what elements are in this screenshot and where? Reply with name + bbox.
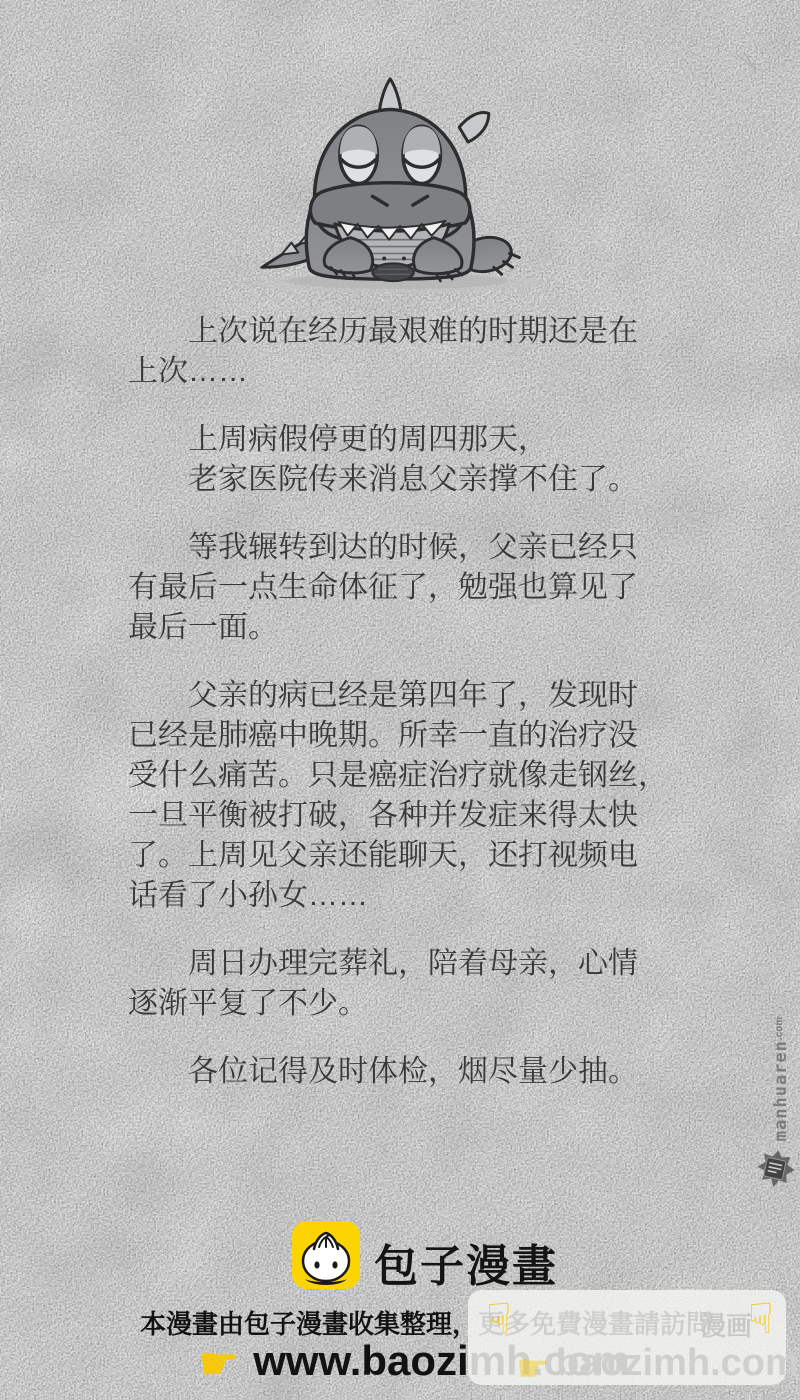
text-line: 最后一面。 xyxy=(128,608,688,648)
paragraph: 等我辗转到达的时候，父亲已经只 有最后一点生命体征了，勉强也算见了 最后一面。 xyxy=(128,528,688,648)
text-line: 各位记得及时体检，烟尽量少抽。 xyxy=(128,1052,688,1092)
paragraph: 上周病假停更的周四那天， 老家医院传来消息父亲撑不住了。 xyxy=(128,420,688,500)
ghost-watermark-text: 漫画 xyxy=(700,1306,752,1343)
manhuaren-logo-icon xyxy=(754,1146,794,1192)
brand-title: 包子漫畫 xyxy=(374,1230,558,1294)
text-line: 话看了小孙女…… xyxy=(128,876,688,916)
pointing-down-icon: ☟ xyxy=(748,1298,774,1340)
sleeping-dino-illustration xyxy=(252,64,548,296)
pointing-down-icon: ☟ xyxy=(486,1298,512,1340)
text-line: 有最后一点生命体征了，勉强也算见了 xyxy=(128,568,688,608)
text-line: 周日办理完葬礼，陪着母亲，心情 xyxy=(128,944,688,984)
text-line: 逐渐平复了不少。 xyxy=(128,984,688,1024)
text-line: 了。上周见父亲还能聊天，还打视频电 xyxy=(128,836,688,876)
paragraph: 上次说在经历最艰难的时期还是在 上次…… xyxy=(128,312,688,392)
watermark-site-text: manhuaren xyxy=(771,1040,791,1141)
text-line: 受什么痛苦。只是癌症治疗就像走钢丝， xyxy=(128,756,688,796)
baozi-bun-icon xyxy=(292,1221,360,1289)
ghost-pointing-right-icon: ☛ xyxy=(516,1346,550,1391)
ghost-watermark-url: baozimh.com xyxy=(556,1342,799,1385)
text-line: 老家医院传来消息父亲撑不住了。 xyxy=(128,460,688,500)
text-line: 等我辗转到达的时候，父亲已经只 xyxy=(128,528,688,568)
manhuaren-watermark: manhuaren.com xyxy=(771,997,793,1161)
text-line: 一旦平衡被打破，各种并发症来得太快 xyxy=(128,796,688,836)
text-line: 父亲的病已经是第四年了，发现时 xyxy=(128,676,688,716)
comic-page: 上次说在经历最艰难的时期还是在 上次…… 上周病假停更的周四那天， 老家医院传来… xyxy=(0,0,800,1400)
text-line: 上次说在经历最艰难的时期还是在 xyxy=(128,312,688,352)
text-line: 上次…… xyxy=(128,352,688,392)
watermark-tld-text: .com xyxy=(774,1017,785,1040)
text-line: 上周病假停更的周四那天， xyxy=(128,420,688,460)
text-line: 已经是肺癌中晚期。所幸一直的治疗没 xyxy=(128,716,688,756)
paragraph: 各位记得及时体检，烟尽量少抽。 xyxy=(128,1052,688,1092)
paragraph: 父亲的病已经是第四年了，发现时 已经是肺癌中晚期。所幸一直的治疗没 受什么痛苦。… xyxy=(128,676,688,916)
author-note: 上次说在经历最艰难的时期还是在 上次…… 上周病假停更的周四那天， 老家医院传来… xyxy=(128,312,688,1120)
pointing-right-icon: ☛ xyxy=(198,1337,239,1389)
paragraph: 周日办理完葬礼，陪着母亲，心情 逐渐平复了不少。 xyxy=(128,944,688,1024)
